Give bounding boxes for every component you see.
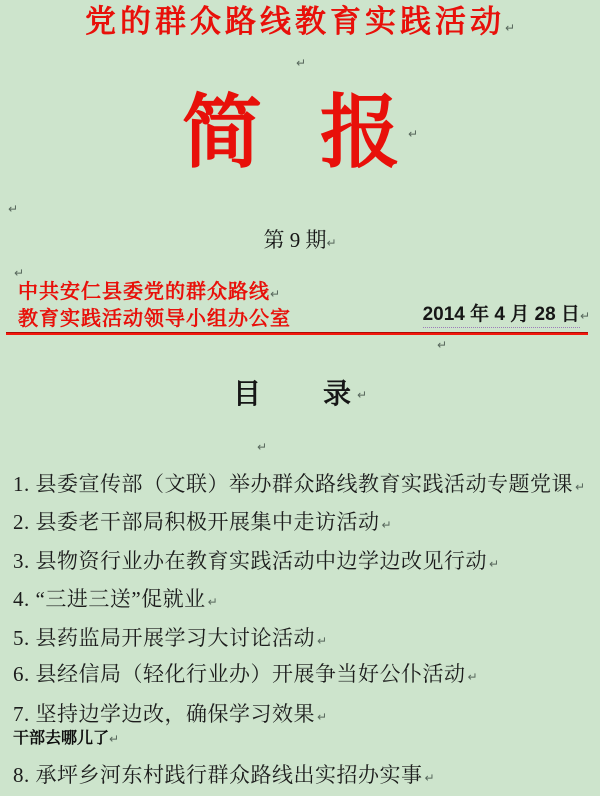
paragraph-mark: ↵ — [14, 266, 24, 280]
paragraph-mark: ↵ — [437, 338, 447, 352]
paragraph-mark: ↵ — [489, 557, 499, 571]
paragraph-mark: ↵ — [208, 595, 218, 609]
toc-item-8: 8. 承坪乡河东村践行群众路线出实招办实事↵ — [13, 763, 435, 790]
toc-item-1-text: 1. 县委宣传部（文联）举办群众路线教育实践活动专题党课 — [13, 472, 573, 496]
issuer-org-line-2: 教育实践活动领导小组办公室 — [18, 307, 291, 332]
toc-item-7: 7. 坚持边学边改，确保学习效果↵ — [13, 702, 327, 729]
issue-date: 2014 年 4 月 28 日↵ — [423, 303, 590, 328]
paragraph-mark: ↵ — [257, 440, 267, 454]
toc-heading-char-2: 录 — [323, 379, 351, 411]
toc-item-7-text: 7. 坚持边学边改，确保学习效果 — [13, 702, 315, 726]
paragraph-mark: ↵ — [270, 287, 280, 301]
masthead-char-2: 报 — [320, 88, 400, 180]
toc-item-3: 3. 县物资行业办在教育实践活动中边学边改见行动↵ — [13, 549, 499, 576]
toc-item-7-note: 干部去哪儿了↵ — [13, 729, 119, 749]
paragraph-mark: ↵ — [382, 518, 392, 532]
toc-item-6-text: 6. 县经信局（轻化行业办）开展争当好公仆活动 — [13, 662, 466, 686]
issuer-org: 中共安仁县委党的群众路线↵ 教育实践活动领导小组办公室 — [18, 280, 291, 332]
paragraph-mark: ↵ — [505, 21, 515, 35]
paragraph-mark: ↵ — [425, 771, 435, 785]
issuer-org-line-1-text: 中共安仁县委党的群众路线 — [18, 281, 270, 303]
paragraph-mark: ↵ — [8, 202, 18, 216]
toc-heading: 目 录 ↵ — [0, 379, 600, 413]
issue-number-text: 第 9 期 — [263, 228, 326, 252]
toc-item-2: 2. 县委老干部局积极开展集中走访活动↵ — [13, 510, 392, 537]
paragraph-mark: ↵ — [317, 634, 327, 648]
issuer-org-line-1: 中共安仁县委党的群众路线↵ — [18, 280, 291, 307]
toc-item-7-note-text: 干部去哪儿了 — [13, 730, 109, 747]
banner-title-text: 党的群众路线教育实践活动 — [85, 4, 505, 39]
paragraph-mark: ↵ — [468, 670, 478, 684]
toc-item-4: 4. “三进三送”促就业↵ — [13, 587, 218, 614]
paragraph-mark: ↵ — [408, 88, 418, 180]
masthead-char-1: 简 — [182, 88, 262, 180]
toc-item-5: 5. 县药监局开展学习大讨论活动↵ — [13, 626, 327, 653]
paragraph-mark: ↵ — [317, 710, 327, 724]
banner-title: 党的群众路线教育实践活动↵ — [0, 2, 600, 48]
toc-item-8-text: 8. 承坪乡河东村践行群众路线出实招办实事 — [13, 763, 423, 787]
paragraph-mark: ↵ — [109, 732, 119, 746]
toc-item-6: 6. 县经信局（轻化行业办）开展争当好公仆活动↵ — [13, 662, 478, 689]
divider-rule — [6, 332, 588, 335]
toc-item-5-text: 5. 县药监局开展学习大讨论活动 — [13, 626, 315, 650]
masthead-title: 简 报 ↵ — [0, 88, 600, 194]
paragraph-mark: ↵ — [357, 379, 367, 411]
paragraph-mark: ↵ — [580, 309, 590, 323]
issue-number: 第 9 期↵ — [0, 227, 600, 256]
toc-item-4-text: 4. “三进三送”促就业 — [13, 587, 206, 611]
bulletin-page: 党的群众路线教育实践活动↵ ↵ 简 报 ↵ ↵ 第 9 期↵ ↵ 中共安仁县委党… — [0, 0, 600, 796]
paragraph-mark: ↵ — [296, 56, 306, 70]
paragraph-mark: ↵ — [326, 236, 336, 250]
paragraph-mark: ↵ — [575, 480, 585, 494]
toc-item-2-text: 2. 县委老干部局积极开展集中走访活动 — [13, 510, 380, 534]
issue-date-text: 2014 年 4 月 28 日 — [423, 303, 580, 328]
toc-item-3-text: 3. 县物资行业办在教育实践活动中边学边改见行动 — [13, 549, 487, 573]
toc-heading-char-1: 目 — [233, 379, 261, 411]
toc-item-1: 1. 县委宣传部（文联）举办群众路线教育实践活动专题党课↵ — [13, 472, 585, 499]
issuer-org-line-2-text: 教育实践活动领导小组办公室 — [18, 308, 291, 330]
